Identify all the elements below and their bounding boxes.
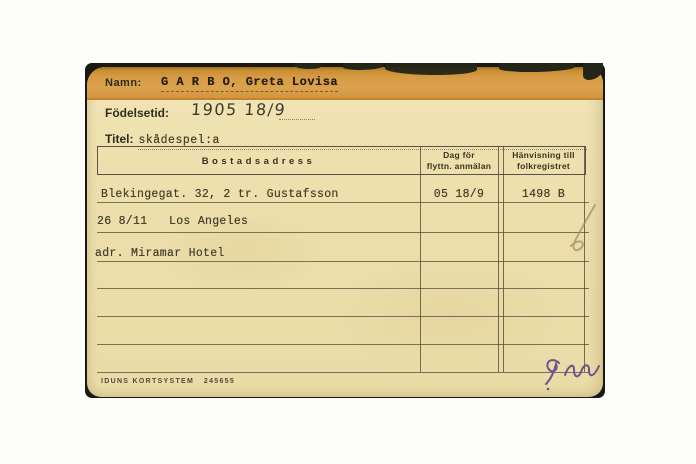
row-line bbox=[97, 261, 589, 262]
row-line bbox=[97, 288, 589, 289]
table-cell-date: 05 18/9 bbox=[420, 188, 498, 201]
title-label: Titel: bbox=[105, 132, 133, 146]
table-cell-address: adr. Miramar Hotel bbox=[95, 247, 225, 260]
scan-artifact-blob bbox=[295, 63, 321, 69]
index-card: Namn: G A R B O, Greta Lovisa Födelsetid… bbox=[87, 67, 603, 397]
column-header-address: Bostadsadress bbox=[97, 156, 420, 167]
card-photo: Namn: G A R B O, Greta Lovisa Födelsetid… bbox=[85, 63, 605, 398]
table-cell-address: 26 8/11 Los Angeles bbox=[97, 215, 248, 228]
row-line bbox=[97, 372, 589, 373]
name-value: G A R B O, Greta Lovisa bbox=[161, 75, 338, 92]
pencil-check-icon bbox=[555, 201, 601, 259]
row-line bbox=[97, 316, 589, 317]
printer-imprint: IDUNS KORTSYSTEM 245655 bbox=[101, 378, 235, 385]
name-label: Namn: bbox=[105, 77, 142, 89]
row-line bbox=[97, 344, 589, 345]
column-header-date-line2: flyttn. anmälan bbox=[420, 161, 498, 172]
column-header-date: Dag för flyttn. anmälan bbox=[420, 150, 498, 171]
column-divider bbox=[503, 146, 504, 372]
birthdate-dotted-line bbox=[279, 119, 315, 120]
column-header-ref-line2: folkregistret bbox=[503, 161, 584, 172]
column-header-ref: Hänvisning till folkregistret bbox=[503, 150, 584, 171]
birthdate-value: 1905 18/9 bbox=[190, 100, 287, 119]
column-divider bbox=[584, 146, 585, 372]
signature-icon bbox=[535, 349, 603, 395]
column-header-date-line1: Dag för bbox=[420, 150, 498, 161]
row-line bbox=[97, 202, 589, 203]
table-cell-ref: 1498 B bbox=[503, 188, 584, 201]
column-header-ref-line1: Hänvisning till bbox=[503, 150, 584, 161]
table-cell-address: Blekingegat. 32, 2 tr. Gustafsson bbox=[101, 188, 339, 201]
birthdate-label: Födelsetid: bbox=[105, 106, 169, 120]
column-divider bbox=[420, 146, 421, 372]
row-line bbox=[97, 232, 589, 233]
column-divider bbox=[498, 146, 499, 372]
